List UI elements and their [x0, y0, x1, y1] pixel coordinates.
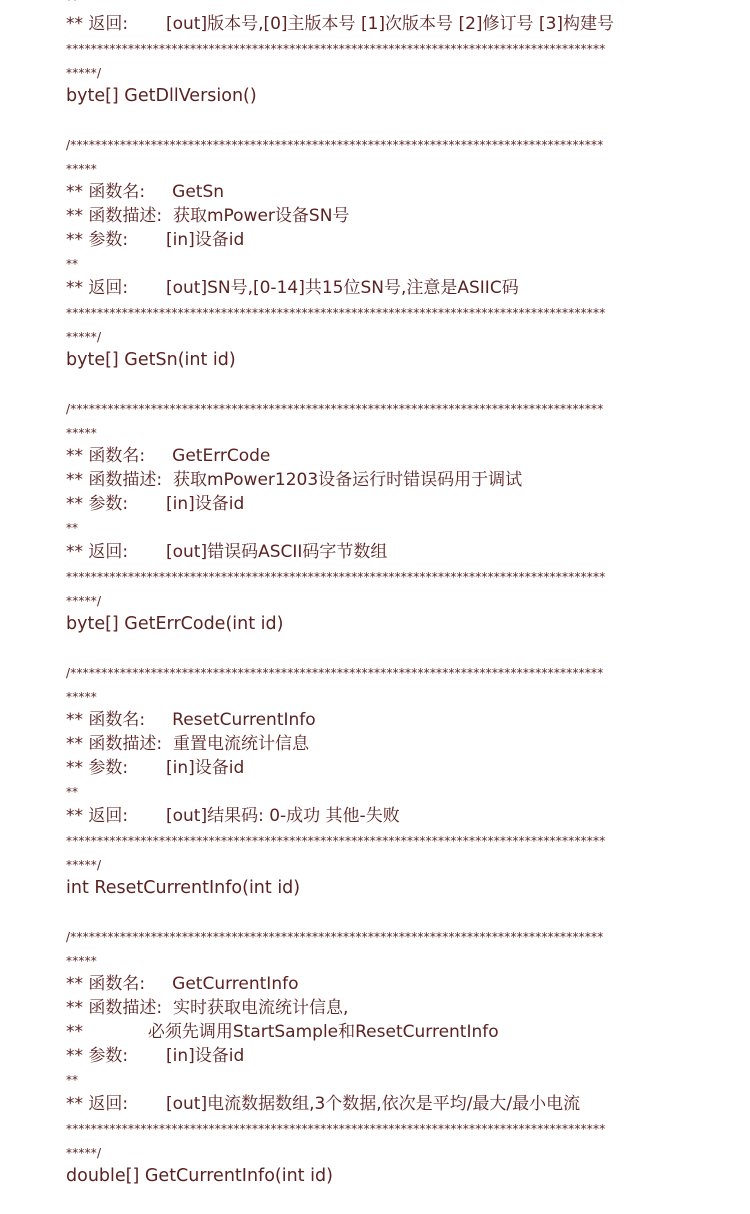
- description: 实时获取电流统计信息,: [173, 996, 348, 1020]
- comment-blank-line: **: [66, 780, 686, 804]
- comment-open: /***************************************…: [66, 660, 686, 684]
- stars-divider: ****************************************…: [66, 36, 686, 60]
- comment-blank-line: **: [66, 516, 686, 540]
- function-signature: int ResetCurrentInfo(int id): [66, 876, 686, 900]
- function-name: GetErrCode: [172, 444, 270, 468]
- description-line: ** 函数描述: 实时获取电流统计信息,: [66, 996, 686, 1020]
- param-label: ** 参数:: [66, 756, 166, 780]
- description-label: ** 函数描述:: [66, 204, 173, 228]
- return-label: ** 返回:: [66, 804, 166, 828]
- function-block-resetcurrentinfo: /***************************************…: [66, 660, 686, 900]
- description-label: ** 函数描述:: [66, 468, 173, 492]
- return-value: [out]SN号,[0-14]共15位SN号,注意是ASIIC码: [166, 276, 519, 300]
- function-name-line: ** 函数名: ResetCurrentInfo: [66, 708, 686, 732]
- stars-short: *****: [66, 420, 686, 444]
- function-block-getsn: /***************************************…: [66, 132, 686, 372]
- comment-close: *****/: [66, 60, 686, 84]
- function-name-label: ** 函数名:: [66, 708, 172, 732]
- return-value: [out]电流数据数组,3个数据,依次是平均/最大/最小电流: [166, 1092, 580, 1116]
- description-label: ** 函数描述:: [66, 732, 173, 756]
- comment-close: *****/: [66, 324, 686, 348]
- description: 重置电流统计信息: [173, 732, 309, 756]
- return-value: [out]错误码ASCII码字节数组: [166, 540, 387, 564]
- return-label: ** 返回:: [66, 1092, 166, 1116]
- description-line: ** 函数描述: 获取mPower设备SN号: [66, 204, 686, 228]
- return-label: ** 返回:: [66, 12, 166, 36]
- function-name: GetCurrentInfo: [172, 972, 298, 996]
- description: 获取mPower1203设备运行时错误码用于调试: [173, 468, 522, 492]
- comment-blank-line: **: [66, 1068, 686, 1092]
- comment-close: *****/: [66, 852, 686, 876]
- function-signature: byte[] GetDllVersion(): [66, 84, 686, 108]
- param-value: [in]设备id: [166, 228, 244, 252]
- param-line: ** 参数: [in]设备id: [66, 492, 686, 516]
- description-line: ** 函数描述: 重置电流统计信息: [66, 732, 686, 756]
- function-block-getdllversion: ** ** 返回: [out]版本号,[0]主版本号 [1]次版本号 [2]修订…: [66, 0, 686, 108]
- stars-divider: ****************************************…: [66, 300, 686, 324]
- function-name-label: ** 函数名:: [66, 180, 172, 204]
- stars-divider: ****************************************…: [66, 564, 686, 588]
- param-label: ** 参数:: [66, 492, 166, 516]
- function-signature: byte[] GetErrCode(int id): [66, 612, 686, 636]
- function-name: GetSn: [172, 180, 224, 204]
- function-signature: double[] GetCurrentInfo(int id): [66, 1164, 686, 1188]
- function-name-line: ** 函数名: GetCurrentInfo: [66, 972, 686, 996]
- param-value: [in]设备id: [166, 492, 244, 516]
- return-line: ** 返回: [out]结果码: 0-成功 其他-失败: [66, 804, 686, 828]
- comment-blank-line: **: [66, 0, 686, 12]
- continuation-label: **: [66, 1020, 148, 1044]
- param-line: ** 参数: [in]设备id: [66, 1044, 686, 1068]
- param-label: ** 参数:: [66, 1044, 166, 1068]
- return-line: ** 返回: [out]SN号,[0-14]共15位SN号,注意是ASIIC码: [66, 276, 686, 300]
- return-line: ** 返回: [out]版本号,[0]主版本号 [1]次版本号 [2]修订号 […: [66, 12, 686, 36]
- comment-open: /***************************************…: [66, 132, 686, 156]
- description-continuation-line: ** 必须先调用StartSample和ResetCurrentInfo: [66, 1020, 686, 1044]
- param-line: ** 参数: [in]设备id: [66, 756, 686, 780]
- function-name-line: ** 函数名: GetSn: [66, 180, 686, 204]
- function-name-label: ** 函数名:: [66, 444, 172, 468]
- description-continuation: 必须先调用StartSample和ResetCurrentInfo: [148, 1020, 499, 1044]
- return-line: ** 返回: [out]电流数据数组,3个数据,依次是平均/最大/最小电流: [66, 1092, 686, 1116]
- param-value: [in]设备id: [166, 756, 244, 780]
- stars-short: *****: [66, 948, 686, 972]
- comment-open: /***************************************…: [66, 396, 686, 420]
- return-value: [out]结果码: 0-成功 其他-失败: [166, 804, 400, 828]
- comment-blank-line: **: [66, 252, 686, 276]
- comment-close: *****/: [66, 588, 686, 612]
- stars-divider: ****************************************…: [66, 1116, 686, 1140]
- code-document: ** ** 返回: [out]版本号,[0]主版本号 [1]次版本号 [2]修订…: [66, 0, 686, 1188]
- function-block-geterrcode: /***************************************…: [66, 396, 686, 636]
- return-label: ** 返回:: [66, 540, 166, 564]
- return-line: ** 返回: [out]错误码ASCII码字节数组: [66, 540, 686, 564]
- param-value: [in]设备id: [166, 1044, 244, 1068]
- param-line: ** 参数: [in]设备id: [66, 228, 686, 252]
- function-name: ResetCurrentInfo: [172, 708, 316, 732]
- function-block-getcurrentinfo: /***************************************…: [66, 924, 686, 1188]
- param-label: ** 参数:: [66, 228, 166, 252]
- stars-short: *****: [66, 156, 686, 180]
- function-signature: byte[] GetSn(int id): [66, 348, 686, 372]
- function-name-label: ** 函数名:: [66, 972, 172, 996]
- stars-short: *****: [66, 684, 686, 708]
- return-value: [out]版本号,[0]主版本号 [1]次版本号 [2]修订号 [3]构建号: [166, 12, 614, 36]
- comment-open: /***************************************…: [66, 924, 686, 948]
- return-label: ** 返回:: [66, 276, 166, 300]
- stars-divider: ****************************************…: [66, 828, 686, 852]
- description: 获取mPower设备SN号: [173, 204, 349, 228]
- description-label: ** 函数描述:: [66, 996, 173, 1020]
- description-line: ** 函数描述: 获取mPower1203设备运行时错误码用于调试: [66, 468, 686, 492]
- function-name-line: ** 函数名: GetErrCode: [66, 444, 686, 468]
- comment-close: *****/: [66, 1140, 686, 1164]
